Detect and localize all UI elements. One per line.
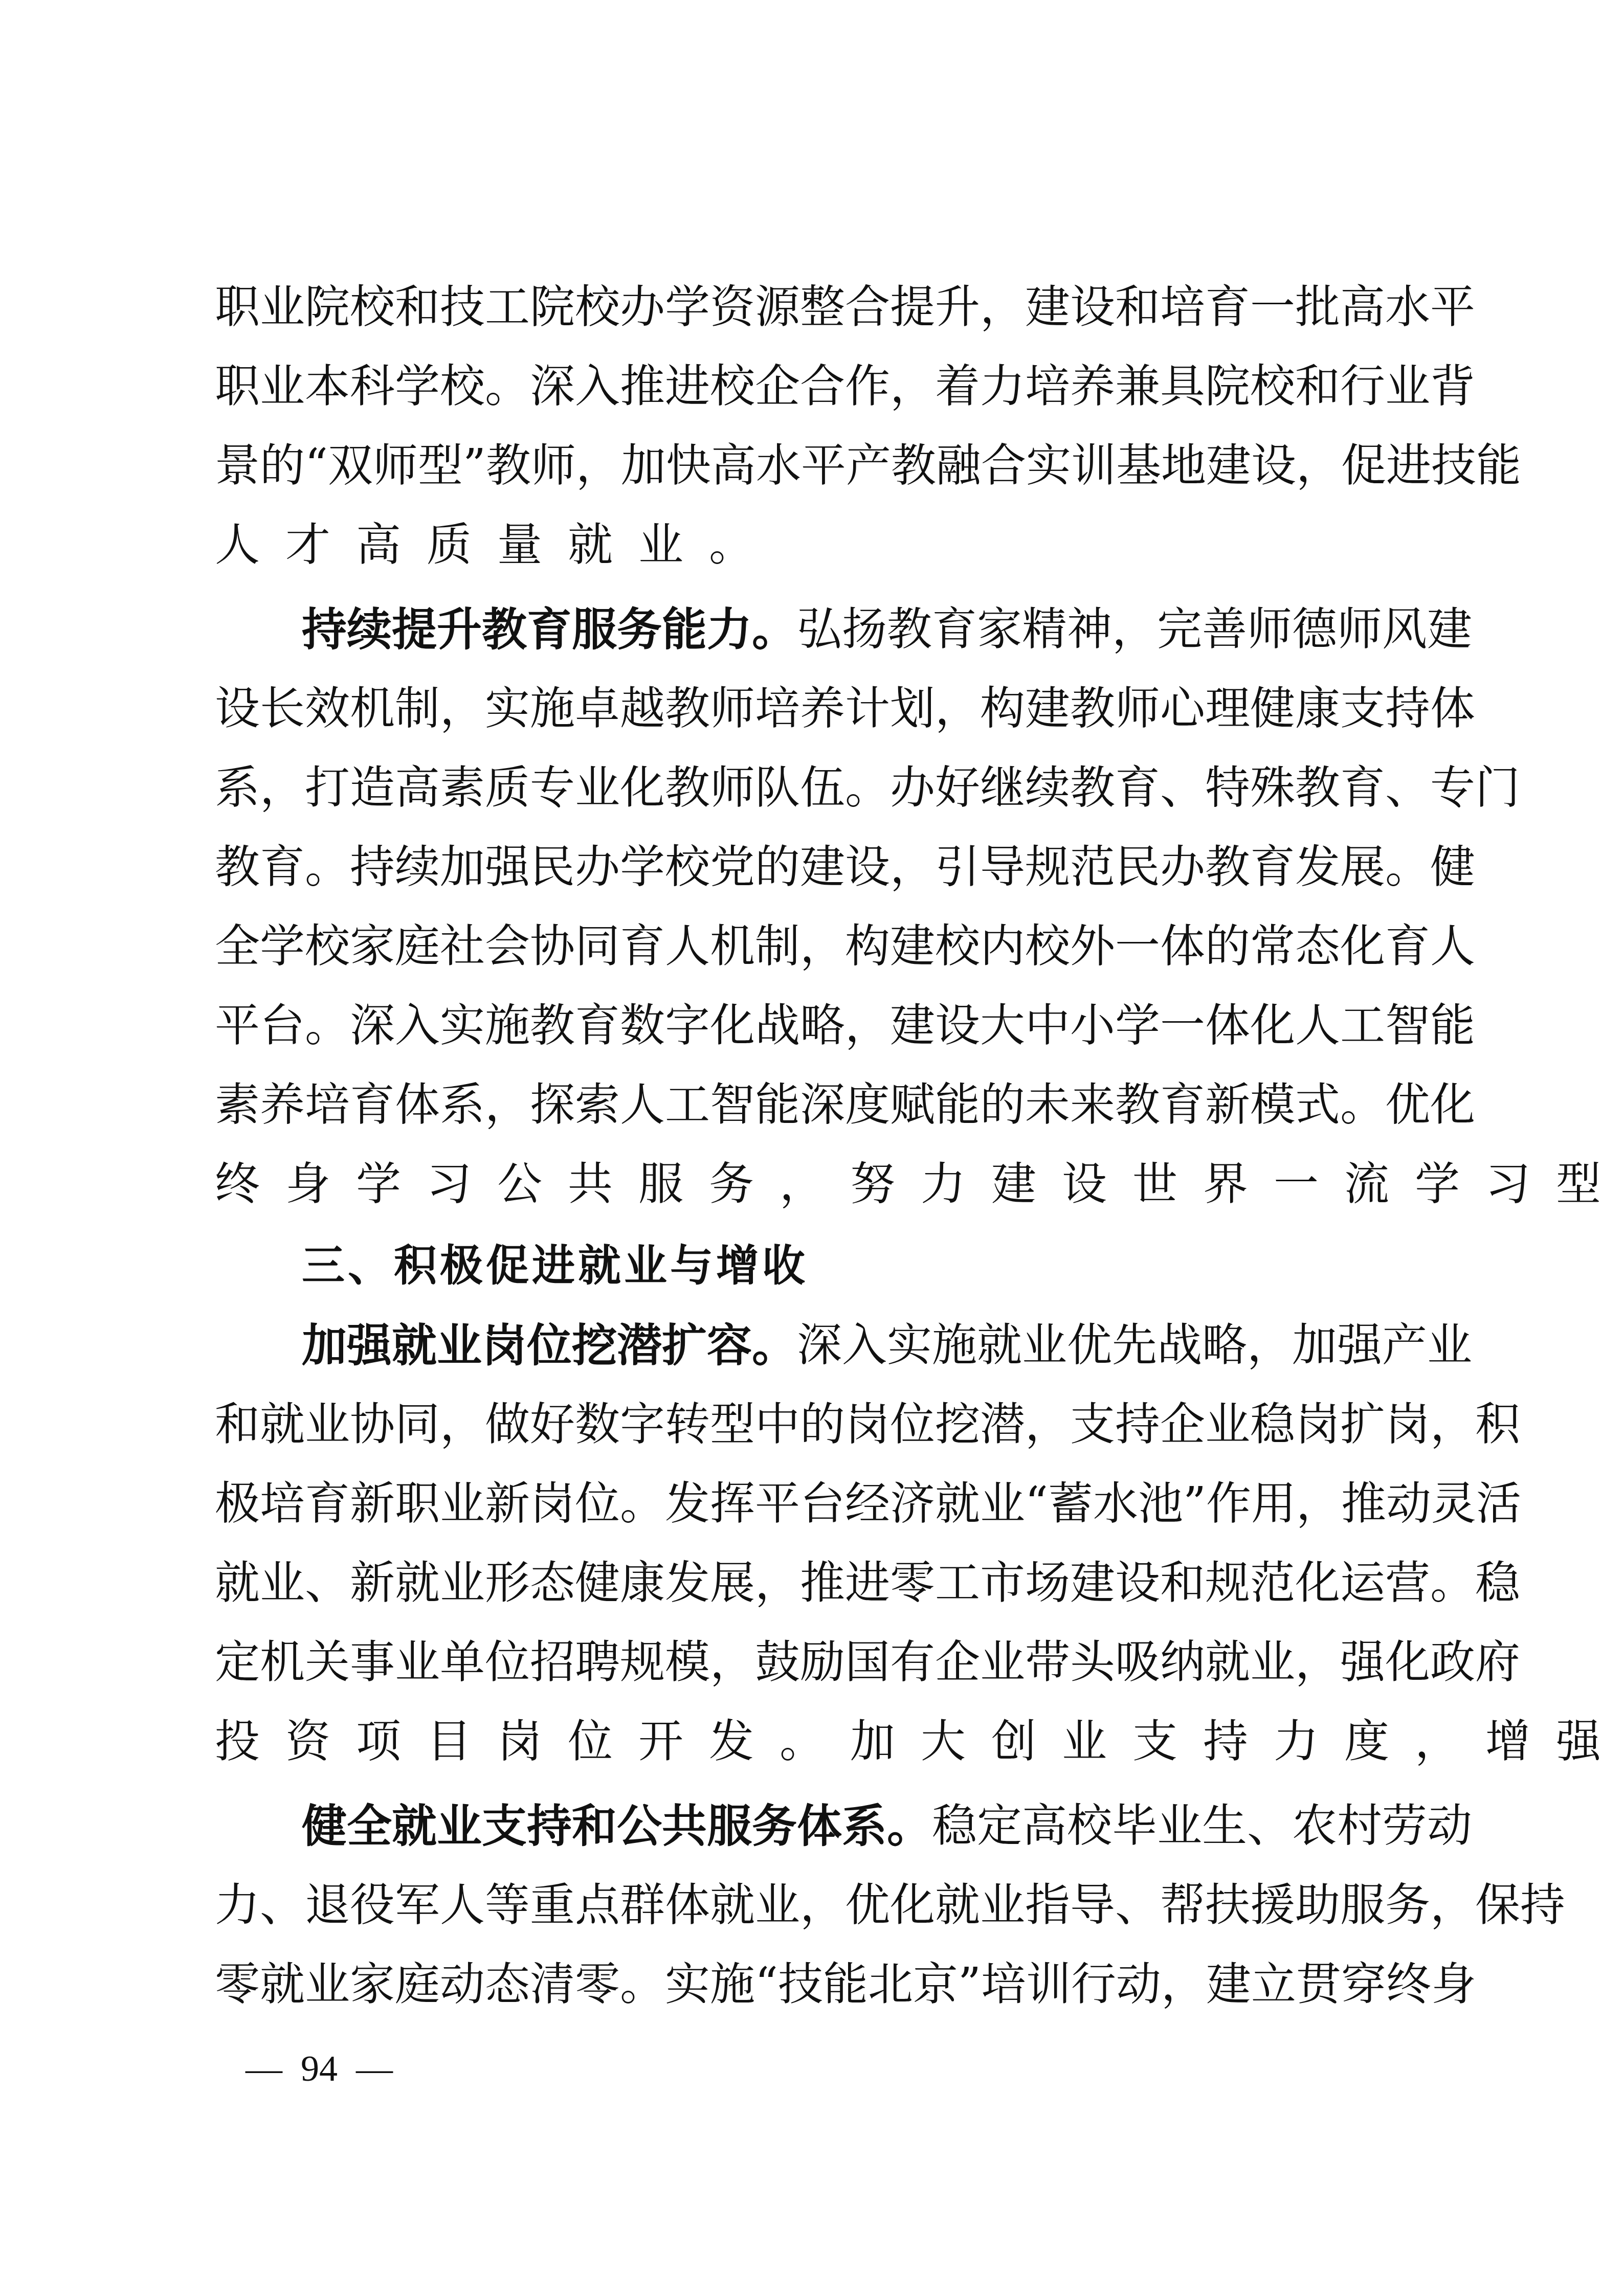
section-heading: 三、积极促进就业与增收 (302, 1237, 808, 1294)
paragraph-line: 力、退役军人等重点群体就业，优化就业指导、帮扶援助服务，保持 (215, 1877, 1417, 1933)
document-page: 职业院校和技工院校办学资源整合提升，建设和培育一批高水平职业本科学校。深入推进校… (0, 0, 1624, 2296)
page-number: — 94 — (246, 2040, 393, 2097)
paragraph-line: 投资项目岗位开发。加大创业支持力度，增强创业带动就业效应。 (215, 1713, 1417, 1769)
paragraph-line: 极培育新职业新岗位。发挥平台经济就业“蓄水池”作用，推动灵活 (215, 1475, 1417, 1532)
paragraph-line: 平台。深入实施教育数字化战略，建设大中小学一体化人工智能 (215, 997, 1417, 1053)
paragraph-line: 素养培育体系，探索人工智能深度赋能的未来教育新模式。优化 (215, 1076, 1417, 1133)
paragraph-line: 健全就业支持和公共服务体系。稳定高校毕业生、农村劳动 (302, 1797, 1417, 1854)
paragraph-line: 教育。持续加强民办学校党的建设，引导规范民办教育发展。健 (215, 839, 1417, 895)
paragraph-line: 和就业协同，做好数字转型中的岗位挖潜，支持企业稳岗扩岗，积 (215, 1396, 1417, 1452)
paragraph-line: 零就业家庭动态清零。实施“技能北京”培训行动，建立贯穿终身 (215, 1956, 1417, 2012)
paragraph-line: 终身学习公共服务，努力建设世界一流学习型城市。 (215, 1156, 1417, 1212)
paragraph-line: 加强就业岗位挖潜扩容。深入实施就业优先战略，加强产业 (302, 1317, 1417, 1373)
paragraph-line: 职业院校和技工院校办学资源整合提升，建设和培育一批高水平 (215, 279, 1417, 335)
paragraph-line: 系，打造高素质专业化教师队伍。办好继续教育、特殊教育、专门 (215, 759, 1417, 816)
paragraph-line: 设长效机制，实施卓越教师培养计划，构建教师心理健康支持体 (215, 680, 1417, 736)
paragraph-line: 职业本科学校。深入推进校企合作，着力培养兼具院校和行业背 (215, 358, 1417, 414)
paragraph-line: 全学校家庭社会协同育人机制，构建校内校外一体的常态化育人 (215, 918, 1417, 974)
paragraph-line: 定机关事业单位招聘规模，鼓励国有企业带头吸纳就业，强化政府 (215, 1634, 1417, 1690)
paragraph-line: 人才高质量就业。 (215, 516, 1417, 573)
paragraph-line: 持续提升教育服务能力。弘扬教育家精神，完善师德师风建 (302, 601, 1417, 657)
paragraph-line: 景的“双师型”教师，加快高水平产教融合实训基地建设，促进技能 (215, 437, 1417, 493)
paragraph-line: 就业、新就业形态健康发展，推进零工市场建设和规范化运营。稳 (215, 1555, 1417, 1611)
